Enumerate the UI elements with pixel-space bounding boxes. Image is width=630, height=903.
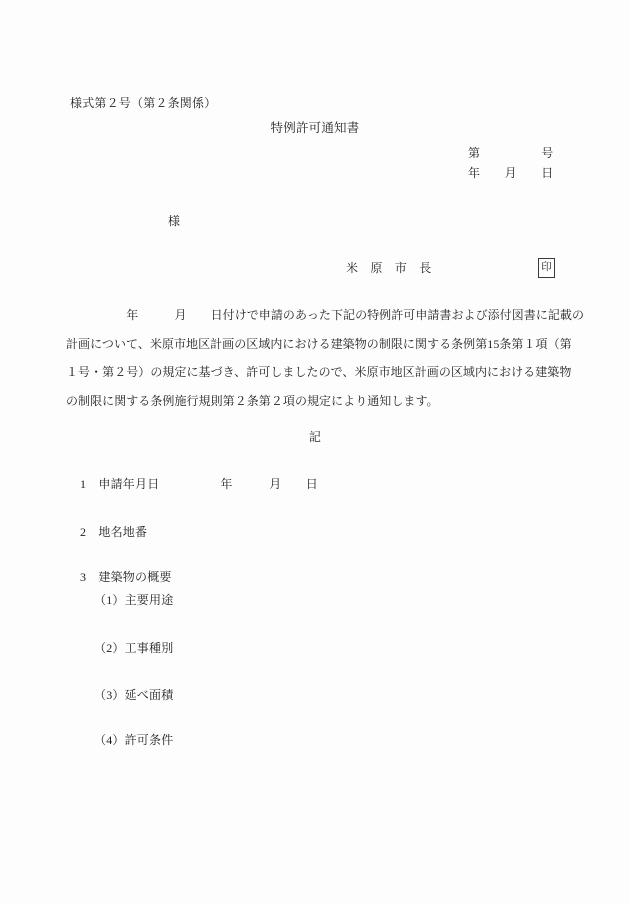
form-number-label: 様式第２号（第２条関係） (70, 96, 216, 111)
list-heading: 記 (0, 430, 630, 445)
subitem-floor-area: （3）延べ面積 (94, 688, 173, 703)
issuer-name: 米 原 市 長 (346, 261, 431, 276)
subitem-permit-conditions: （4）許可条件 (94, 733, 173, 748)
subitem-construction-type: （2）工事種別 (94, 641, 173, 656)
document-title: 特例許可通知書 (0, 121, 630, 137)
seal-placeholder-box: 印 (538, 258, 555, 278)
addressee-honorific: 様 (168, 214, 180, 229)
item-building-overview: 3 建築物の概要 (80, 570, 172, 585)
notification-body: 年 月 日付けで申請のあった下記の特例許可申請書および添付図書に記載の 計画につ… (66, 301, 584, 415)
document-page: 様式第２号（第２条関係） 特例許可通知書 第 号 年 月 日 様 米 原 市 長… (0, 0, 630, 903)
issue-date-line: 年 月 日 (468, 166, 553, 181)
item-lot-number: 2 地名地番 (80, 525, 147, 540)
subitem-main-use: （1）主要用途 (94, 593, 173, 608)
item-application-date: 1 申請年月日 年 月 日 (80, 477, 318, 492)
document-number-line: 第 号 (468, 146, 553, 161)
seal-mark: 印 (541, 263, 552, 274)
